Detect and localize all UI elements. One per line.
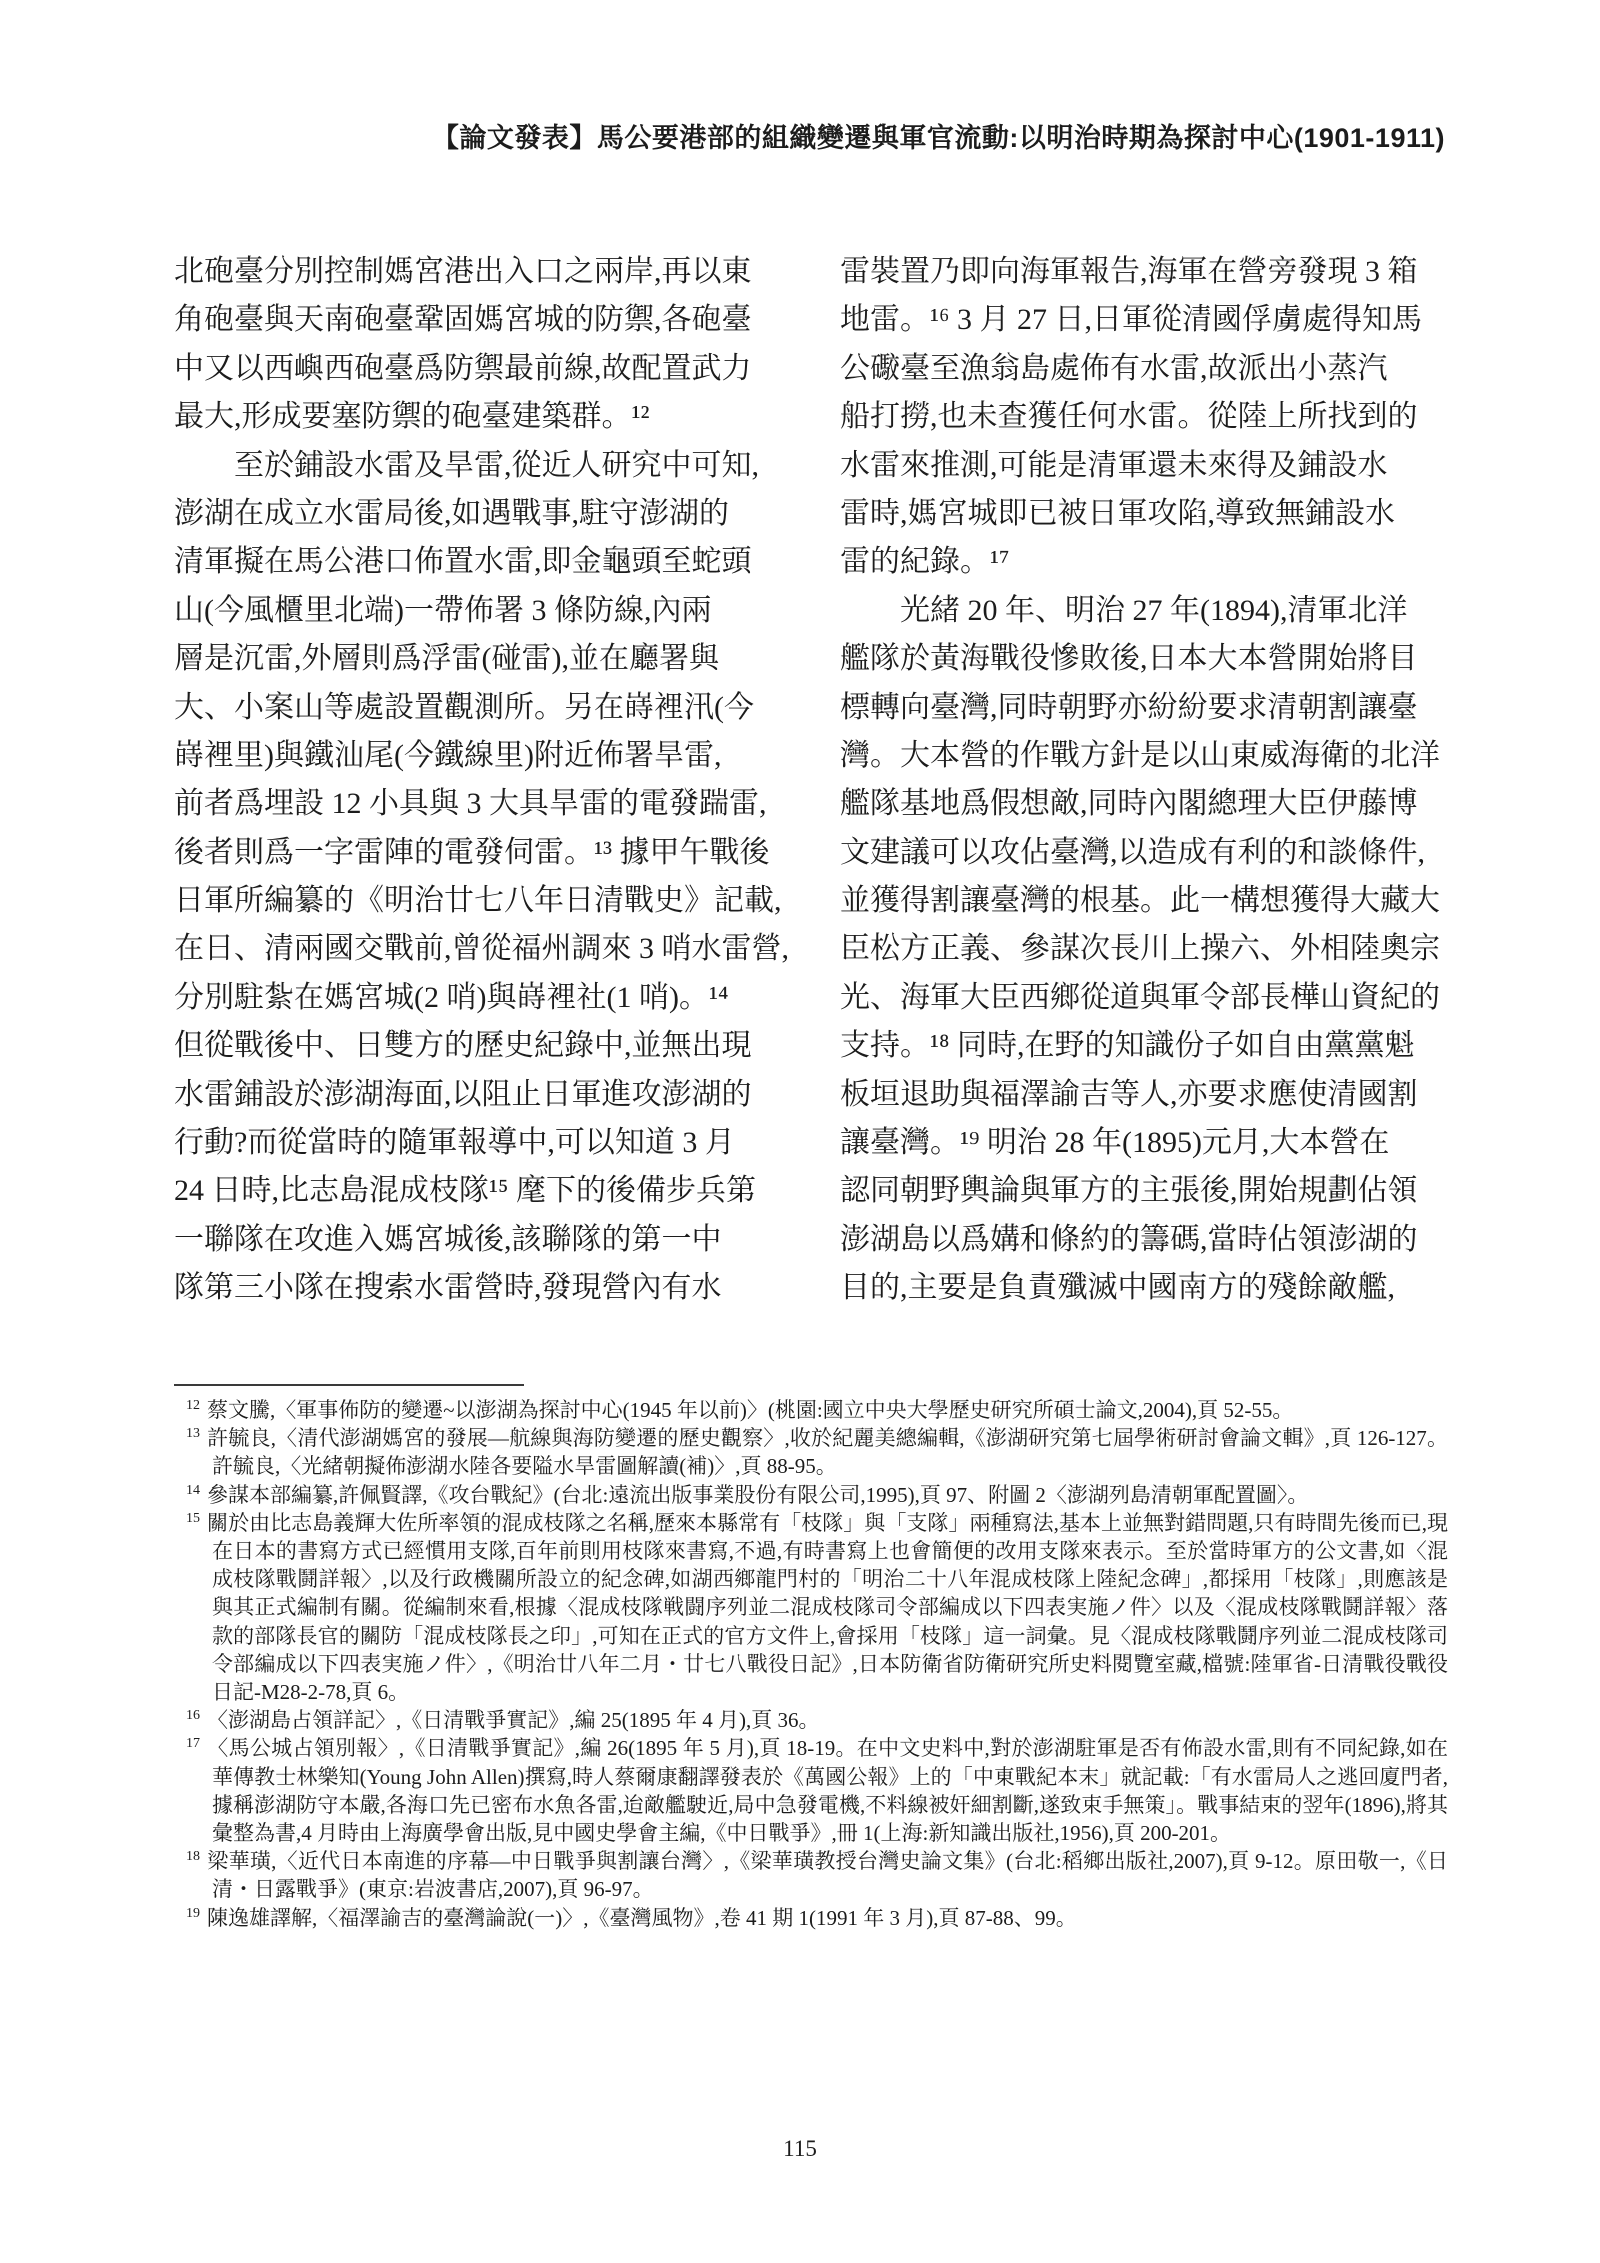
text-line: 板垣退助與福澤諭吉等人,亦要求應使清國割 bbox=[840, 1071, 1452, 1119]
text-line: 分別駐紮在媽宮城(2 哨)與嵵裡社(1 哨)。¹⁴ bbox=[174, 974, 786, 1022]
text-line: 但從戰後中、日雙方的歷史紀錄中,並無出現 bbox=[174, 1022, 786, 1070]
footnote: 12蔡文騰,〈軍事佈防的變遷~以澎湖為探討中心(1945 年以前)〉(桃園:國立… bbox=[186, 1396, 1448, 1424]
text-line: 澎湖島以爲媾和條約的籌碼,當時佔領澎湖的 bbox=[840, 1216, 1452, 1264]
text-line: 光緒 20 年、明治 27 年(1894),清軍北洋 bbox=[840, 587, 1452, 635]
footnote-number: 14 bbox=[186, 1483, 200, 1498]
text-line: 艦隊於黃海戰役慘敗後,日本大本營開始將目 bbox=[840, 635, 1452, 683]
text-line: 船打撈,也未查獲任何水雷。從陸上所找到的 bbox=[840, 393, 1452, 441]
text-line: 公礮臺至漁翁島處佈有水雷,故派出小蒸汽 bbox=[840, 345, 1452, 393]
footnote-text: 梁華璜,〈近代日本南進的序幕—中日戰爭與割讓台灣〉,《梁華璜教授台灣史論文集》(… bbox=[207, 1849, 1448, 1901]
footnote-text: 〈澎湖島占領詳記〉,《日清戰爭實記》,編 25(1895 年 4 月),頁 36… bbox=[207, 1708, 819, 1732]
text-line: 後者則爲一字雷陣的電發伺雷。¹³ 據甲午戰後 bbox=[174, 829, 786, 877]
text-line: 前者爲埋設 12 小具與 3 大具旱雷的電發踹雷, bbox=[174, 780, 786, 828]
footnote: 18梁華璜,〈近代日本南進的序幕—中日戰爭與割讓台灣〉,《梁華璜教授台灣史論文集… bbox=[186, 1847, 1448, 1903]
footnote-text: 許毓良,〈清代澎湖媽宮的發展—航線與海防變遷的歷史觀察〉,收於紀麗美總編輯,《澎… bbox=[207, 1426, 1448, 1478]
page-number: 115 bbox=[0, 2136, 1600, 2162]
text-line: 文建議可以攻佔臺灣,以造成有利的和談條件, bbox=[840, 829, 1452, 877]
text-line: 支持。¹⁸ 同時,在野的知識份子如自由黨黨魁 bbox=[840, 1022, 1452, 1070]
paper-page: 【論文發表】馬公要港部的組織變遷與軍官流動:以明治時期為探討中心(1901-19… bbox=[0, 0, 1600, 2263]
text-line: 水雷來推測,可能是清軍還未來得及鋪設水 bbox=[840, 442, 1452, 490]
footnote-number: 19 bbox=[186, 1906, 200, 1921]
footnote: 15關於由比志島義輝大佐所率領的混成枝隊之名稱,歷來本縣常有「枝隊」與「支隊」兩… bbox=[186, 1509, 1448, 1706]
text-line: 雷的紀錄。¹⁷ bbox=[840, 538, 1452, 586]
footnote: 19陳逸雄譯解,〈福澤諭吉的臺灣論說(一)〉,《臺灣風物》,卷 41 期 1(1… bbox=[186, 1904, 1448, 1932]
text-line: 雷時,媽宮城即已被日軍攻陷,導致無鋪設水 bbox=[840, 490, 1452, 538]
text-line: 光、海軍大臣西鄉從道與軍令部長樺山資紀的 bbox=[840, 974, 1452, 1022]
text-line: 行動?而從當時的隨軍報導中,可以知道 3 月 bbox=[174, 1119, 786, 1167]
text-line: 日軍所編纂的《明治廿七八年日清戰史》記載, bbox=[174, 877, 786, 925]
text-line: 灣。大本營的作戰方針是以山東威海衛的北洋 bbox=[840, 732, 1452, 780]
footnote-number: 16 bbox=[186, 1708, 200, 1723]
text-line: 艦隊基地爲假想敵,同時內閣總理大臣伊藤博 bbox=[840, 780, 1452, 828]
right-text-column: 雷裝置乃即向海軍報告,海軍在營旁發現 3 箱地雷。¹⁶ 3 月 27 日,日軍從… bbox=[840, 248, 1452, 1313]
text-line: 地雷。¹⁶ 3 月 27 日,日軍從清國俘虜處得知馬 bbox=[840, 296, 1452, 344]
left-text-column: 北砲臺分別控制媽宮港出入口之兩岸,再以東角砲臺與天南砲臺鞏固媽宮城的防禦,各砲臺… bbox=[174, 248, 786, 1313]
footnote-separator bbox=[174, 1384, 524, 1386]
text-line: 嵵裡里)與鐵汕尾(今鐵線里)附近佈署旱雷, bbox=[174, 732, 786, 780]
text-line: 在日、清兩國交戰前,曾從福州調來 3 哨水雷營, bbox=[174, 925, 786, 973]
text-line: 24 日時,比志島混成枝隊¹⁵ 麾下的後備步兵第 bbox=[174, 1167, 786, 1215]
text-line: 層是沉雷,外層則爲浮雷(碰雷),並在廳署與 bbox=[174, 635, 786, 683]
text-line: 中又以西嶼西砲臺爲防禦最前線,故配置武力 bbox=[174, 345, 786, 393]
footnote-number: 13 bbox=[186, 1426, 200, 1441]
text-line: 雷裝置乃即向海軍報告,海軍在營旁發現 3 箱 bbox=[840, 248, 1452, 296]
footnote-text: 陳逸雄譯解,〈福澤諭吉的臺灣論說(一)〉,《臺灣風物》,卷 41 期 1(199… bbox=[207, 1906, 1077, 1930]
text-line: 山(今風櫃里北端)一帶佈署 3 條防線,內兩 bbox=[174, 587, 786, 635]
text-line: 角砲臺與天南砲臺鞏固媽宮城的防禦,各砲臺 bbox=[174, 296, 786, 344]
footnote: 13許毓良,〈清代澎湖媽宮的發展—航線與海防變遷的歷史觀察〉,收於紀麗美總編輯,… bbox=[186, 1424, 1448, 1480]
text-line: 北砲臺分別控制媽宮港出入口之兩岸,再以東 bbox=[174, 248, 786, 296]
footnote-number: 17 bbox=[186, 1736, 200, 1751]
footnote-text: 蔡文騰,〈軍事佈防的變遷~以澎湖為探討中心(1945 年以前)〉(桃園:國立中央… bbox=[207, 1398, 1293, 1422]
text-line: 一聯隊在攻進入媽宮城後,該聯隊的第一中 bbox=[174, 1216, 786, 1264]
text-line: 讓臺灣。¹⁹ 明治 28 年(1895)元月,大本營在 bbox=[840, 1119, 1452, 1167]
footnote-number: 12 bbox=[186, 1398, 200, 1413]
text-line: 並獲得割讓臺灣的根基。此一構想獲得大藏大 bbox=[840, 877, 1452, 925]
footnote-number: 15 bbox=[186, 1511, 200, 1526]
page-header-title: 【論文發表】馬公要港部的組織變遷與軍官流動:以明治時期為探討中心(1901-19… bbox=[174, 116, 1445, 155]
text-line: 清軍擬在馬公港口佈置水雷,即金龜頭至蛇頭 bbox=[174, 538, 786, 586]
text-line: 澎湖在成立水雷局後,如遇戰事,駐守澎湖的 bbox=[174, 490, 786, 538]
text-line: 隊第三小隊在搜索水雷營時,發現營內有水 bbox=[174, 1264, 786, 1312]
footnote-text: 關於由比志島義輝大佐所率領的混成枝隊之名稱,歷來本縣常有「枝隊」與「支隊」兩種寫… bbox=[207, 1511, 1448, 1704]
text-line: 認同朝野輿論與軍方的主張後,開始規劃佔領 bbox=[840, 1167, 1452, 1215]
footnote: 14參謀本部編纂,許佩賢譯,《攻台戰紀》(台北:遠流出版事業股份有限公司,199… bbox=[186, 1481, 1448, 1509]
text-line: 臣松方正義、參謀次長川上操六、外相陸奧宗 bbox=[840, 925, 1452, 973]
footnote-text: 參謀本部編纂,許佩賢譯,《攻台戰紀》(台北:遠流出版事業股份有限公司,1995)… bbox=[207, 1483, 1308, 1507]
footnote-number: 18 bbox=[186, 1849, 200, 1864]
text-line: 大、小案山等處設置觀測所。另在嵵裡汛(今 bbox=[174, 684, 786, 732]
text-line: 標轉向臺灣,同時朝野亦紛紛要求清朝割讓臺 bbox=[840, 684, 1452, 732]
text-line: 水雷鋪設於澎湖海面,以阻止日軍進攻澎湖的 bbox=[174, 1071, 786, 1119]
footnotes-section: 12蔡文騰,〈軍事佈防的變遷~以澎湖為探討中心(1945 年以前)〉(桃園:國立… bbox=[186, 1396, 1448, 1932]
footnote: 17〈馬公城占領別報〉,《日清戰爭實記》,編 26(1895 年 5 月),頁 … bbox=[186, 1734, 1448, 1847]
footnote-text: 〈馬公城占領別報〉,《日清戰爭實記》,編 26(1895 年 5 月),頁 18… bbox=[207, 1736, 1448, 1845]
text-line: 最大,形成要塞防禦的砲臺建築群。¹² bbox=[174, 393, 786, 441]
footnote: 16〈澎湖島占領詳記〉,《日清戰爭實記》,編 25(1895 年 4 月),頁 … bbox=[186, 1706, 1448, 1734]
text-line: 至於鋪設水雷及旱雷,從近人研究中可知, bbox=[174, 442, 786, 490]
text-line: 目的,主要是負責殲滅中國南方的殘餘敵艦, bbox=[840, 1264, 1452, 1312]
